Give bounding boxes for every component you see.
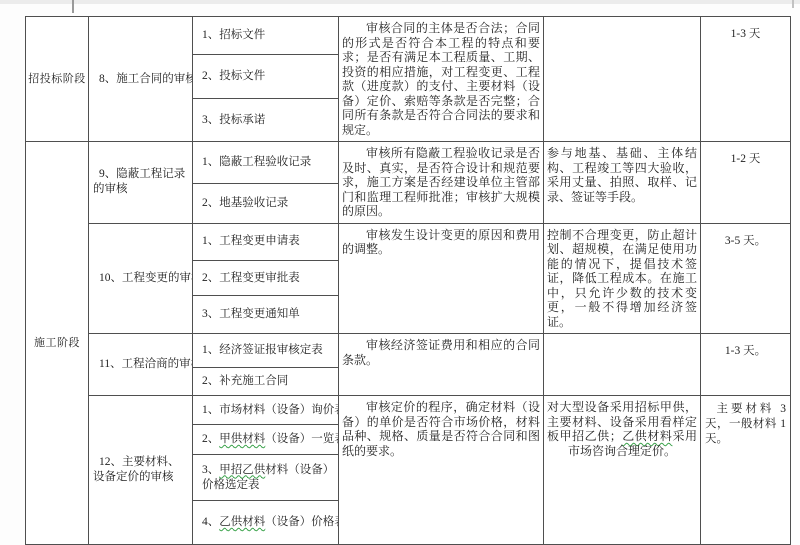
document-8-2: 2、投标文件 — [193, 55, 339, 99]
audit-process-table: 招投标阶段 8、施工合同的审核 1、招标文件 审核合同的主体是否合法；合同的形式… — [25, 16, 791, 458]
audit-content-8: 审核合同的主体是否合法；合同的形式是否符合本工程的特点和要求；是否有满足本工程质… — [339, 17, 544, 142]
duration-9: 1-2 天 — [701, 142, 791, 224]
method-10: 控制不合理变更，防止超计划、超规模，在满足使用功能的情况下，提倡技术签证，降低工… — [544, 223, 701, 334]
document-10-2: 2、工程变更审批表 — [193, 261, 339, 296]
audit-item-8: 8、施工合同的审核 — [89, 17, 193, 142]
document-12-2-prefix: 2、 — [202, 433, 219, 445]
stage-cell-bidding: 招投标阶段 — [26, 17, 89, 142]
duration-11: 1-3 天。 — [701, 334, 791, 396]
document-12-1: 1、市场材料（设备）询价表 — [193, 396, 339, 425]
document-11-1: 1、经济签证报审核定表 — [193, 334, 339, 368]
method-12: 对大型设备采用招标甲供，主要材料、设备采用看样定板甲招乙供；乙供材料采用市场咨询… — [544, 396, 701, 459]
page-top-edge — [0, 0, 800, 4]
method-9: 参与地基、基础、主体结构、工程竣工等四大验收，采用丈量、拍照、取样、记录、签证等… — [544, 142, 701, 224]
document-9-1: 1、隐蔽工程验收记录 — [193, 142, 339, 184]
document-12-2-spellcheck-word: 甲供材料 — [219, 433, 265, 445]
duration-10: 3-5 天。 — [701, 223, 791, 334]
audit-item-11: 11、工程洽商的审核 — [89, 334, 193, 396]
edge-tick-mark — [792, 0, 794, 8]
document-12-2: 2、甲供材料（设备）一览表 — [193, 425, 339, 455]
document-11-2: 2、补充施工合同 — [193, 368, 339, 396]
audit-content-9: 审核所有隐蔽工程验收记录是否及时、真实，是否符合设计和规范要求，施工方案是否经建… — [339, 142, 544, 224]
audit-content-11: 审核经济签证费用和相应的合同条款。 — [339, 334, 544, 396]
document-8-3: 3、投标承诺 — [193, 99, 339, 142]
document-10-1: 1、工程变更申请表 — [193, 223, 339, 261]
document-9-2: 2、地基验收记录 — [193, 183, 339, 223]
document-12-2-suffix: （设备）一览表 — [265, 433, 338, 445]
audit-item-12: 12、主要材料、设备定价的审核 — [89, 396, 193, 459]
document-10-3: 3、工程变更通知单 — [193, 296, 339, 334]
document-8-1: 1、招标文件 — [193, 17, 339, 55]
method-11 — [544, 334, 701, 396]
cursor-tick-mark — [72, 0, 74, 13]
audit-content-10: 审核发生设计变更的原因和费用的调整。 — [339, 223, 544, 334]
duration-8: 1-3 天 — [701, 17, 791, 142]
audit-item-9: 9、隐蔽工程记录的审核 — [89, 142, 193, 224]
audit-content-12: 审核定价的程序，确定材料（设备）的单价是否符合市场价格，材料品种、规格、质量是否… — [339, 396, 544, 459]
audit-item-10: 10、工程变更的审核 — [89, 223, 193, 334]
stage-cell-construction: 施工阶段 — [26, 142, 89, 459]
method-12-spellcheck-word: 乙供材料 — [622, 429, 673, 443]
document-12-3: 3、甲招乙供材料（设备）价格选定表 — [193, 455, 339, 459]
duration-12: 主要材料 3 天，一般材料 1 天。 — [701, 396, 791, 459]
method-8 — [544, 17, 701, 142]
